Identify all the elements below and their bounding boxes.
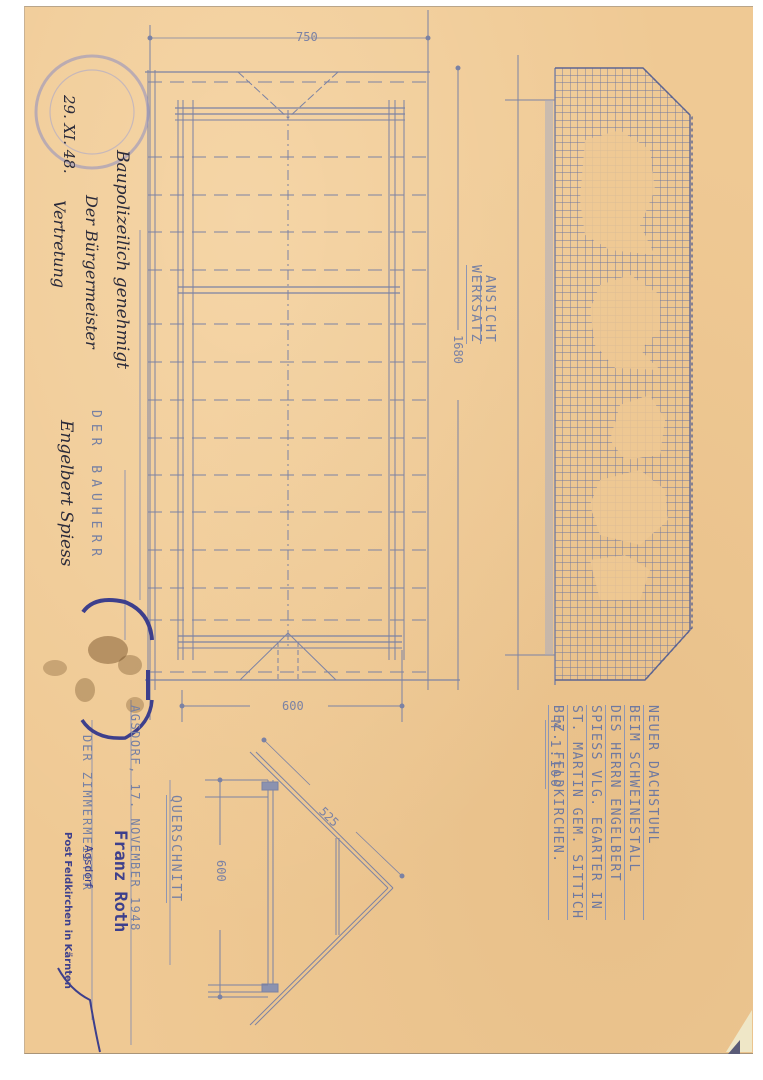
corner-shadow	[728, 1040, 740, 1054]
dim-length-1680: 1680	[451, 335, 465, 364]
handwritten-date: 29. XI. 48.	[60, 95, 78, 174]
dim-height-600: 600	[214, 860, 228, 882]
carpenter-stamp-place: Agsdorf	[82, 845, 95, 887]
title-block: NEUER DACHSTUHL BEIM SCHWEINESTALL DES H…	[548, 705, 660, 920]
handwritten-line2: Der Bürgermeister	[82, 195, 101, 349]
title-line-3: DES HERRN ENGELBERT	[605, 705, 622, 920]
carpenter-stamp-name: Franz Roth	[110, 830, 130, 932]
scale-label: M 1:100	[545, 720, 562, 789]
builder-signature: Engelbert Spiess	[56, 420, 76, 567]
builder-label: DER BAUHERR	[88, 410, 103, 562]
title-line-2: BEIM SCHWEINESTALL	[624, 705, 641, 920]
cross-section-label: QUERSCHNITT	[166, 795, 183, 903]
handwritten-line3: Vertretung	[50, 200, 69, 288]
title-line-4: SPIESS VLG. EGARTER IN	[586, 705, 603, 920]
dim-width-750: 750	[296, 30, 318, 44]
title-line-1: NEUER DACHSTUHL	[643, 705, 660, 920]
carpenter-stamp-post: Post Feldkirchen in Kärnten	[62, 832, 73, 989]
title-line-5: ST. MARTIN GEM. SITTICH	[567, 705, 584, 920]
handwritten-approval: Baupolizeilich genehmigt	[112, 150, 132, 369]
dim-width-600: 600	[282, 699, 304, 713]
place-date: AGSDORF, 17. NOVEMBER 1948	[128, 705, 142, 932]
stain	[43, 636, 144, 713]
elevation-sublabel: WERKSATZ	[466, 265, 483, 344]
